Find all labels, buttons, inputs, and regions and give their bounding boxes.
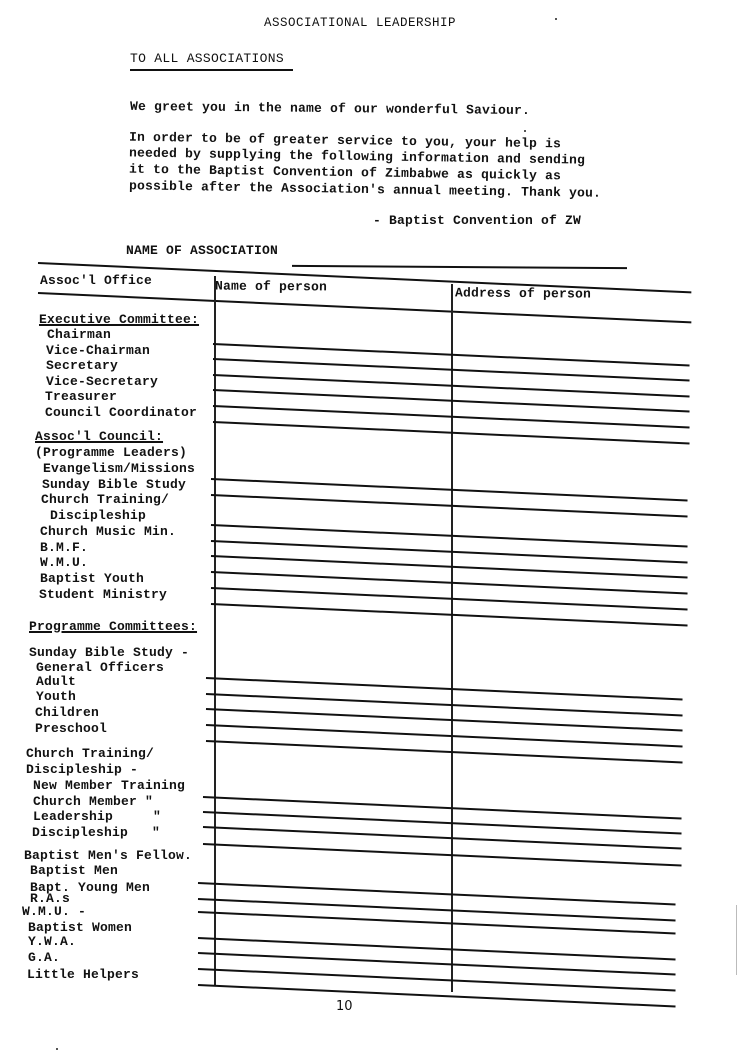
page-number: 10 <box>336 999 353 1014</box>
office-label: Church Music Min. <box>40 524 176 539</box>
office-label: Baptist Men <box>30 863 118 878</box>
group-title-discipleship: Discipleship - <box>26 762 138 777</box>
office-label: Adult <box>36 674 76 689</box>
greeting-text: We greet you in the name of our wonderfu… <box>130 99 530 118</box>
column-header-name: Name of person <box>215 279 327 295</box>
office-label: Discipleship <box>50 508 146 523</box>
section-heading-programme-committees: Programme Committees: <box>29 619 197 634</box>
group-title-sunday-bible-study: Sunday Bible Study - <box>29 645 189 660</box>
entry-line <box>198 911 676 934</box>
office-label: B.M.F. <box>40 540 88 555</box>
office-label: Evangelism/Missions <box>43 461 195 476</box>
section-heading-executive: Executive Committee: <box>39 312 199 327</box>
office-label: General Officers <box>36 660 164 675</box>
section-subheading-council: (Programme Leaders) <box>35 445 187 460</box>
office-label: Little Helpers <box>27 967 139 982</box>
section-heading-council: Assoc'l Council: <box>35 429 163 444</box>
office-label: Children <box>35 705 99 720</box>
group-title-church-training: Church Training/ <box>26 746 154 761</box>
association-name-label: NAME OF ASSOCIATION <box>126 243 278 258</box>
signature: - Baptist Convention of ZW <box>373 213 581 228</box>
group-title-wmu: W.M.U. - <box>22 904 86 919</box>
office-label: Chairman <box>47 327 111 342</box>
office-label: G.A. <box>28 950 60 965</box>
office-label: Vice-Chairman <box>46 343 150 358</box>
office-label: New Member Training <box>33 778 185 793</box>
office-label: Church Training/ <box>41 492 169 507</box>
group-title-baptist-mens-fellowship: Baptist Men's Fellow. <box>24 848 192 863</box>
office-label: Leadership " <box>33 809 161 824</box>
scan-speck <box>555 18 557 20</box>
name-column-left-divider <box>214 276 216 985</box>
office-label: Baptist Youth <box>40 571 144 586</box>
scan-speck <box>56 1048 58 1050</box>
office-label: Treasurer <box>45 389 117 404</box>
column-header-office: Assoc'l Office <box>40 273 152 288</box>
office-label: Youth <box>36 689 76 704</box>
office-label: Sunday Bible Study <box>42 477 186 492</box>
office-label: Y.W.A. <box>28 934 76 949</box>
office-label: Baptist Women <box>28 920 132 935</box>
office-label: Secretary <box>46 358 118 373</box>
office-label: Church Member " <box>33 794 153 809</box>
addressee-underline <box>130 69 293 71</box>
entry-line <box>203 843 682 867</box>
office-label: Vice-Secretary <box>46 374 158 389</box>
office-label: Discipleship " <box>32 825 160 840</box>
office-label: Preschool <box>35 721 107 736</box>
address-column-divider <box>451 284 453 992</box>
association-name-field[interactable] <box>292 265 627 269</box>
office-label: Student Ministry <box>39 587 167 602</box>
office-label: W.M.U. <box>40 555 88 570</box>
office-label: Council Coordinator <box>45 405 197 420</box>
scan-speck <box>736 905 737 975</box>
document-title: ASSOCIATIONAL LEADERSHIP <box>264 16 456 30</box>
addressee-heading: TO ALL ASSOCIATIONS <box>130 51 284 66</box>
scan-speck <box>524 130 526 132</box>
